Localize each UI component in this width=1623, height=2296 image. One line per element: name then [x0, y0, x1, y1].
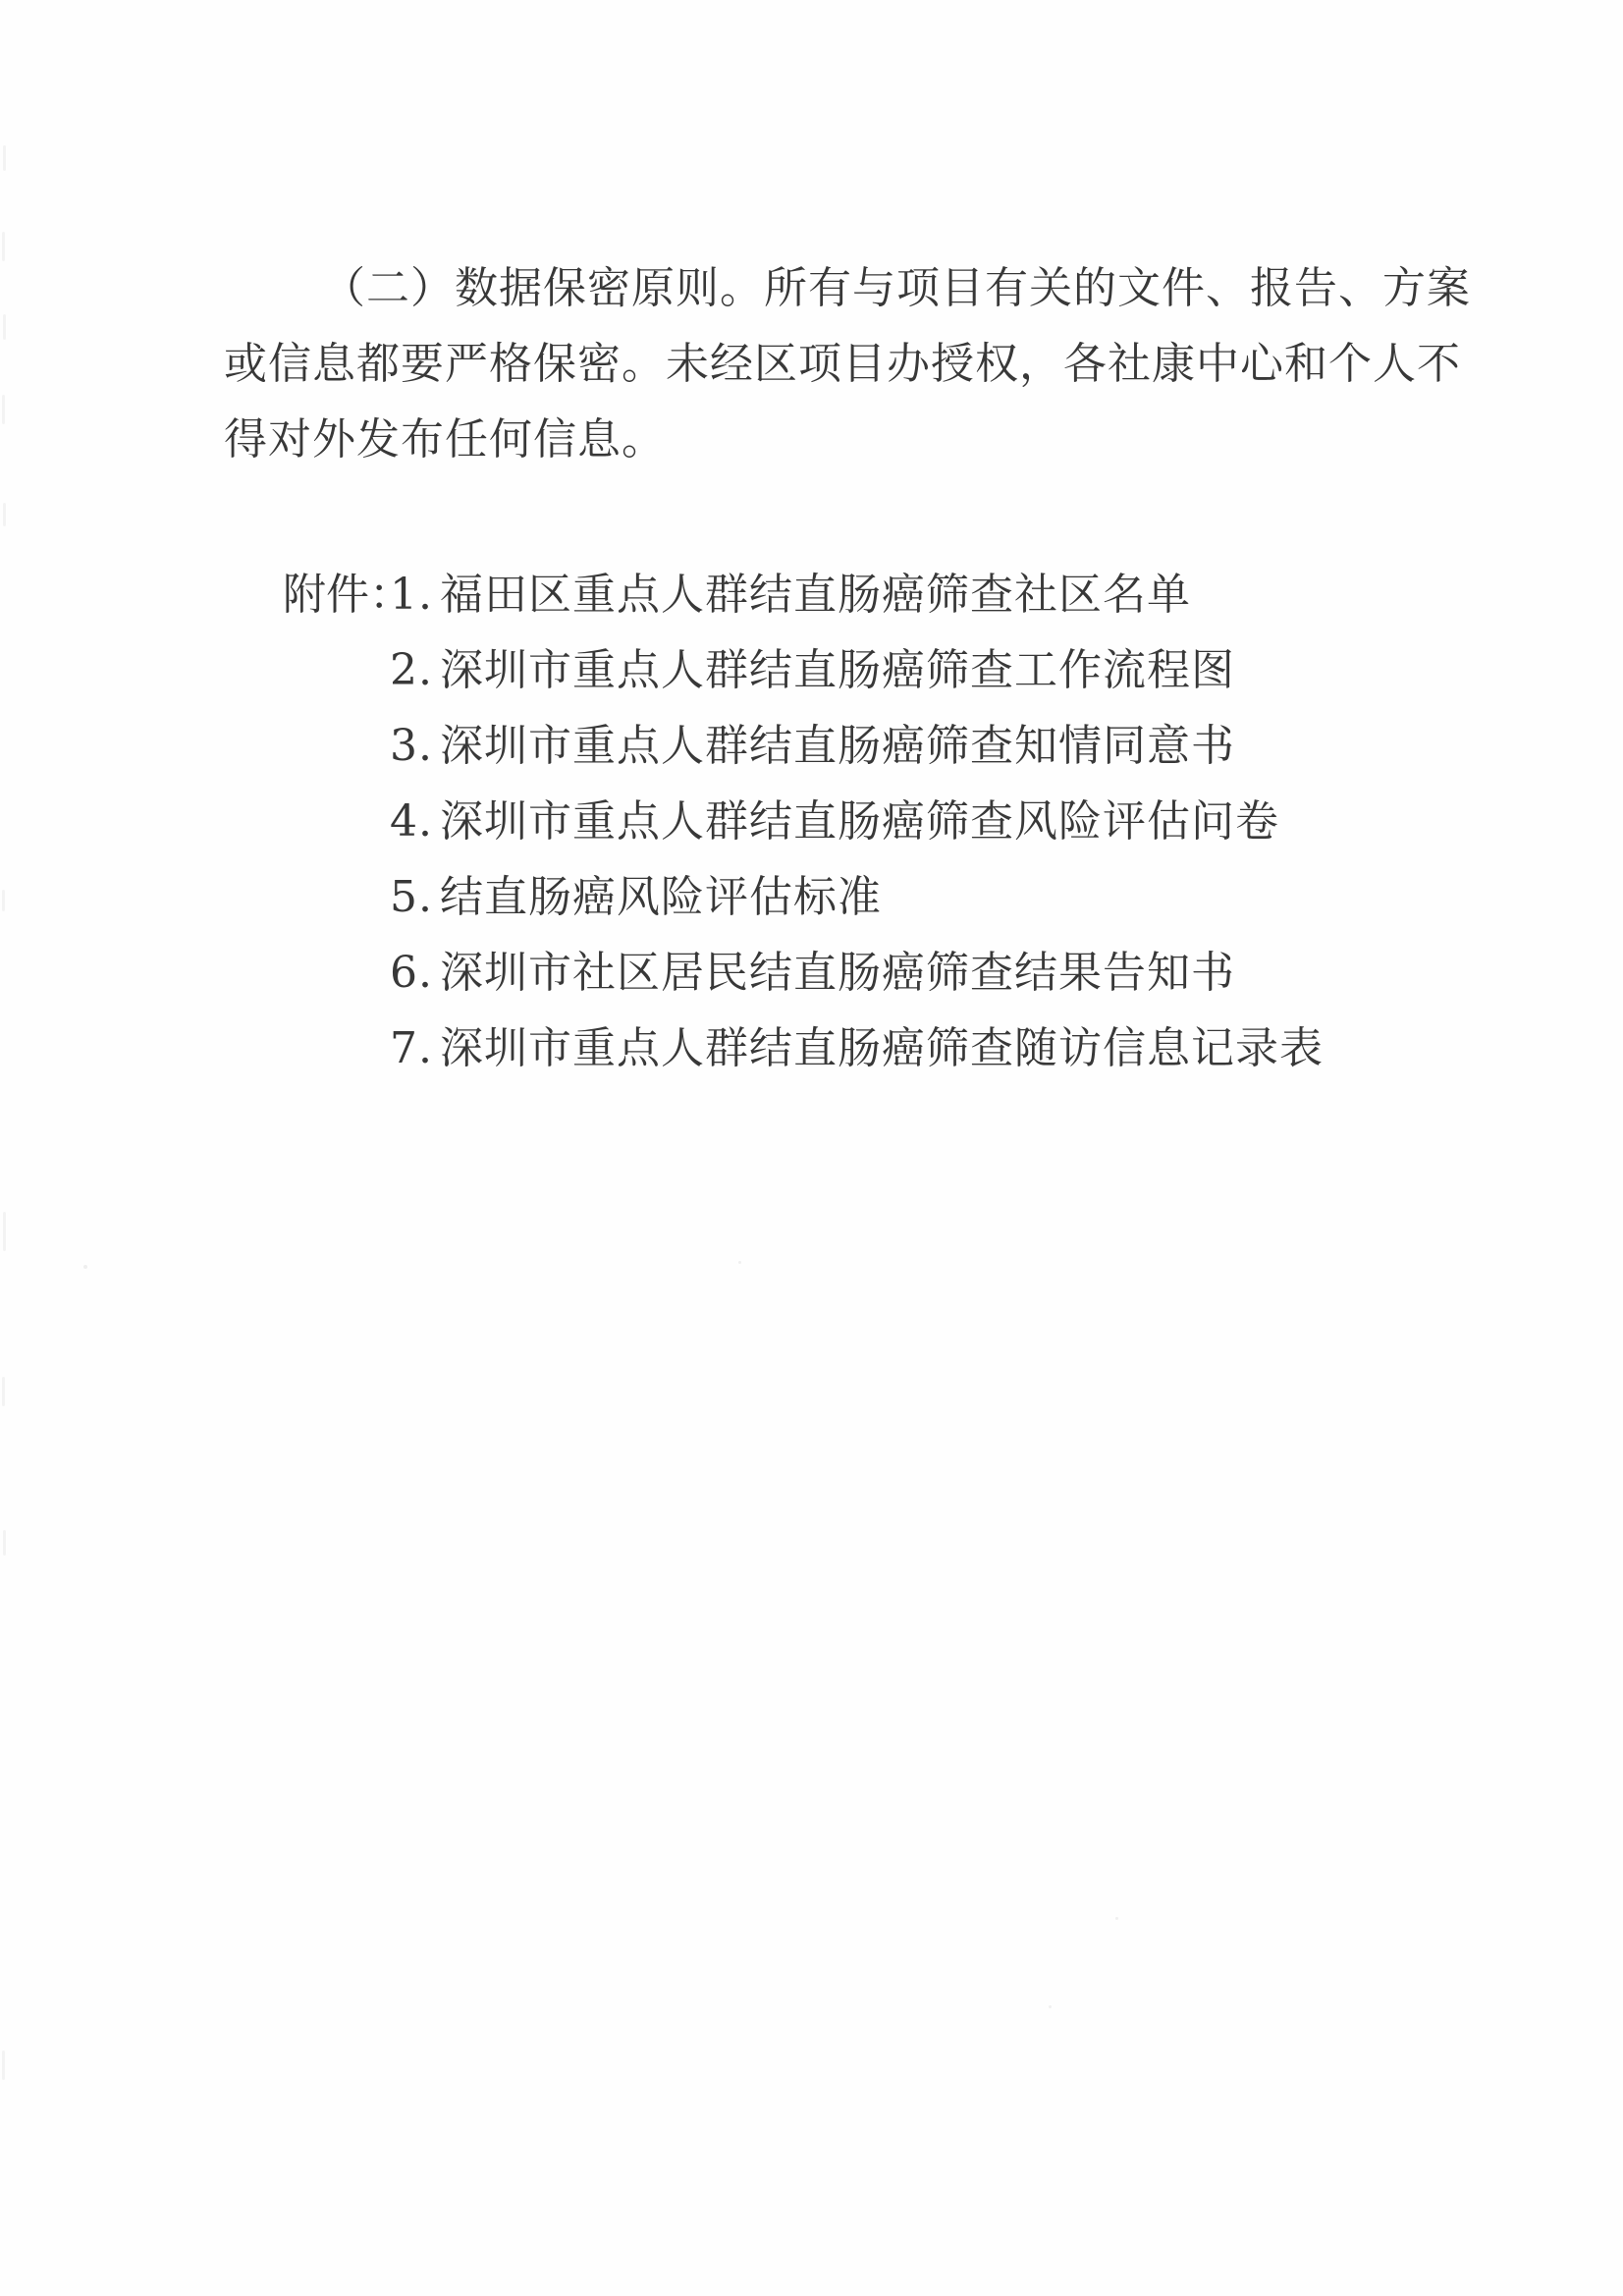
attachment-number: 4. — [390, 784, 433, 859]
scan-speck — [3, 1212, 6, 1251]
attachment-title: 结直肠癌风险评估标准 — [440, 859, 882, 935]
attachment-title: 深圳市重点人群结直肠癌筛查知情同意书 — [440, 708, 1235, 784]
scanned-document-page: （二）数据保密原则。所有与项目有关的文件、报告、方案 或信息都要严格保密。未经区… — [0, 0, 1623, 2296]
scan-speck — [738, 1261, 741, 1264]
scan-speck — [1115, 1917, 1118, 1920]
attachment-number: 6. — [390, 935, 433, 1011]
paragraph-line-1: （二）数据保密原则。所有与项目有关的文件、报告、方案 — [224, 250, 1469, 326]
attachment-number: 2. — [390, 632, 433, 708]
attachment-item-6: 6. 深圳市社区居民结直肠癌筛查结果告知书 — [283, 935, 1324, 1011]
scan-speck — [3, 314, 6, 340]
attachment-item-5: 5. 结直肠癌风险评估标准 — [283, 859, 1324, 935]
attachment-title: 深圳市重点人群结直肠癌筛查随访信息记录表 — [440, 1011, 1324, 1086]
attachment-item-3: 3. 深圳市重点人群结直肠癌筛查知情同意书 — [283, 708, 1324, 784]
attachments-list: 附件： 1. 福田区重点人群结直肠癌筛查社区名单 2. 深圳市重点人群结直肠癌筛… — [283, 557, 1324, 1086]
attachment-number: 7. — [390, 1011, 433, 1086]
attachment-item-1: 附件： 1. 福田区重点人群结直肠癌筛查社区名单 — [283, 557, 1324, 632]
scan-speck — [2, 395, 5, 424]
attachment-item-4: 4. 深圳市重点人群结直肠癌筛查风险评估问卷 — [283, 784, 1324, 859]
attachment-title: 深圳市重点人群结直肠癌筛查风险评估问卷 — [440, 784, 1279, 859]
attachment-number: 3. — [390, 708, 433, 784]
scan-speck — [2, 890, 5, 911]
attachment-number: 1. — [390, 557, 433, 632]
scan-speck — [1049, 2005, 1052, 2008]
attachment-title: 深圳市社区居民结直肠癌筛查结果告知书 — [440, 935, 1235, 1011]
scan-speck — [2, 2050, 5, 2080]
scan-speck — [83, 1265, 87, 1269]
attachment-title: 福田区重点人群结直肠癌筛查社区名单 — [440, 557, 1191, 632]
paragraph-data-confidentiality: （二）数据保密原则。所有与项目有关的文件、报告、方案 或信息都要严格保密。未经区… — [224, 250, 1469, 477]
paragraph-line-3: 得对外发布任何信息。 — [224, 402, 1469, 477]
attachment-number: 5. — [390, 859, 433, 935]
paragraph-line-2: 或信息都要严格保密。未经区项目办授权，各社康中心和个人不 — [224, 326, 1469, 402]
scan-speck — [3, 503, 6, 526]
attachment-item-7: 7. 深圳市重点人群结直肠癌筛查随访信息记录表 — [283, 1011, 1324, 1086]
scan-speck — [3, 1530, 6, 1556]
attachment-title: 深圳市重点人群结直肠癌筛查工作流程图 — [440, 632, 1235, 708]
attachments-label: 附件： — [283, 557, 390, 632]
scan-speck — [2, 232, 5, 261]
attachment-item-2: 2. 深圳市重点人群结直肠癌筛查工作流程图 — [283, 632, 1324, 708]
scan-speck — [2, 1377, 5, 1406]
scan-speck — [3, 145, 6, 171]
